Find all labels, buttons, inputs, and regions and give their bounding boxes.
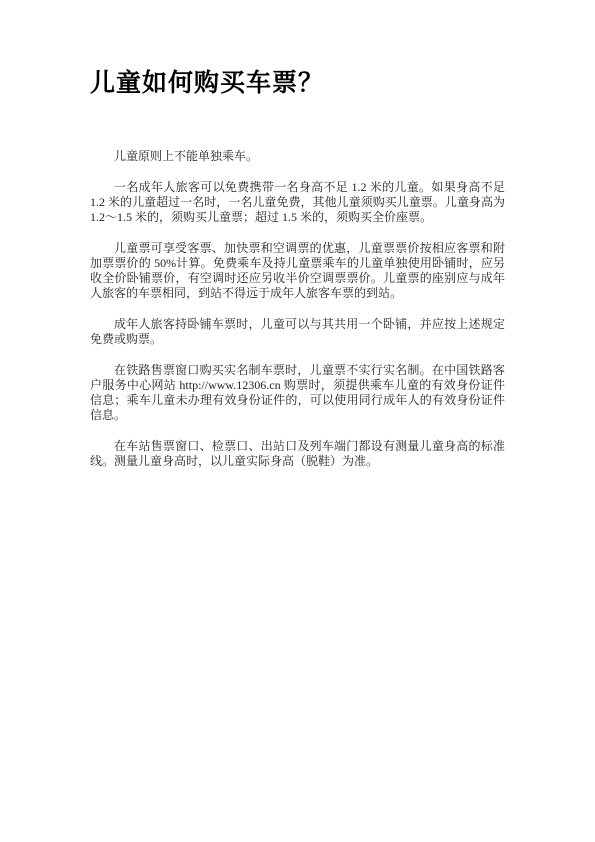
paragraph-rule-no-solo-ride: 儿童原则上不能单独乘车。 xyxy=(90,149,505,164)
page-content: 儿童如何购买车票？ 儿童原则上不能单独乘车。 一名成年人旅客可以免费携带一名身高… xyxy=(90,71,505,469)
document-page: 儿童如何购买车票？ 儿童原则上不能单独乘车。 一名成年人旅客可以免费携带一名身高… xyxy=(0,0,595,842)
paragraph-real-name-purchase: 在铁路售票窗口购买实名制车票时，儿童票不实行实名制。在中国铁路客户服务中心网站 … xyxy=(90,363,505,423)
paragraph-ticket-price-discount: 儿童票可享受客票、加快票和空调票的优惠，儿童票票价按相应客票和附加票票价的 50… xyxy=(90,241,505,301)
paragraph-sleeper-sharing: 成年人旅客持卧铺车票时，儿童可以与其共用一个卧铺，并应按上述规定免费或购票。 xyxy=(90,317,505,347)
page-title: 儿童如何购买车票？ xyxy=(90,71,505,97)
document-body: 儿童原则上不能单独乘车。 一名成年人旅客可以免费携带一名身高不足 1.2 米的儿… xyxy=(90,149,505,469)
paragraph-height-rules: 一名成年人旅客可以免费携带一名身高不足 1.2 米的儿童。如果身高不足 1.2 … xyxy=(90,180,505,225)
paragraph-height-measurement: 在车站售票窗口、检票口、出站口及列车端门都设有测量儿童身高的标准线。测量儿童身高… xyxy=(90,439,505,469)
